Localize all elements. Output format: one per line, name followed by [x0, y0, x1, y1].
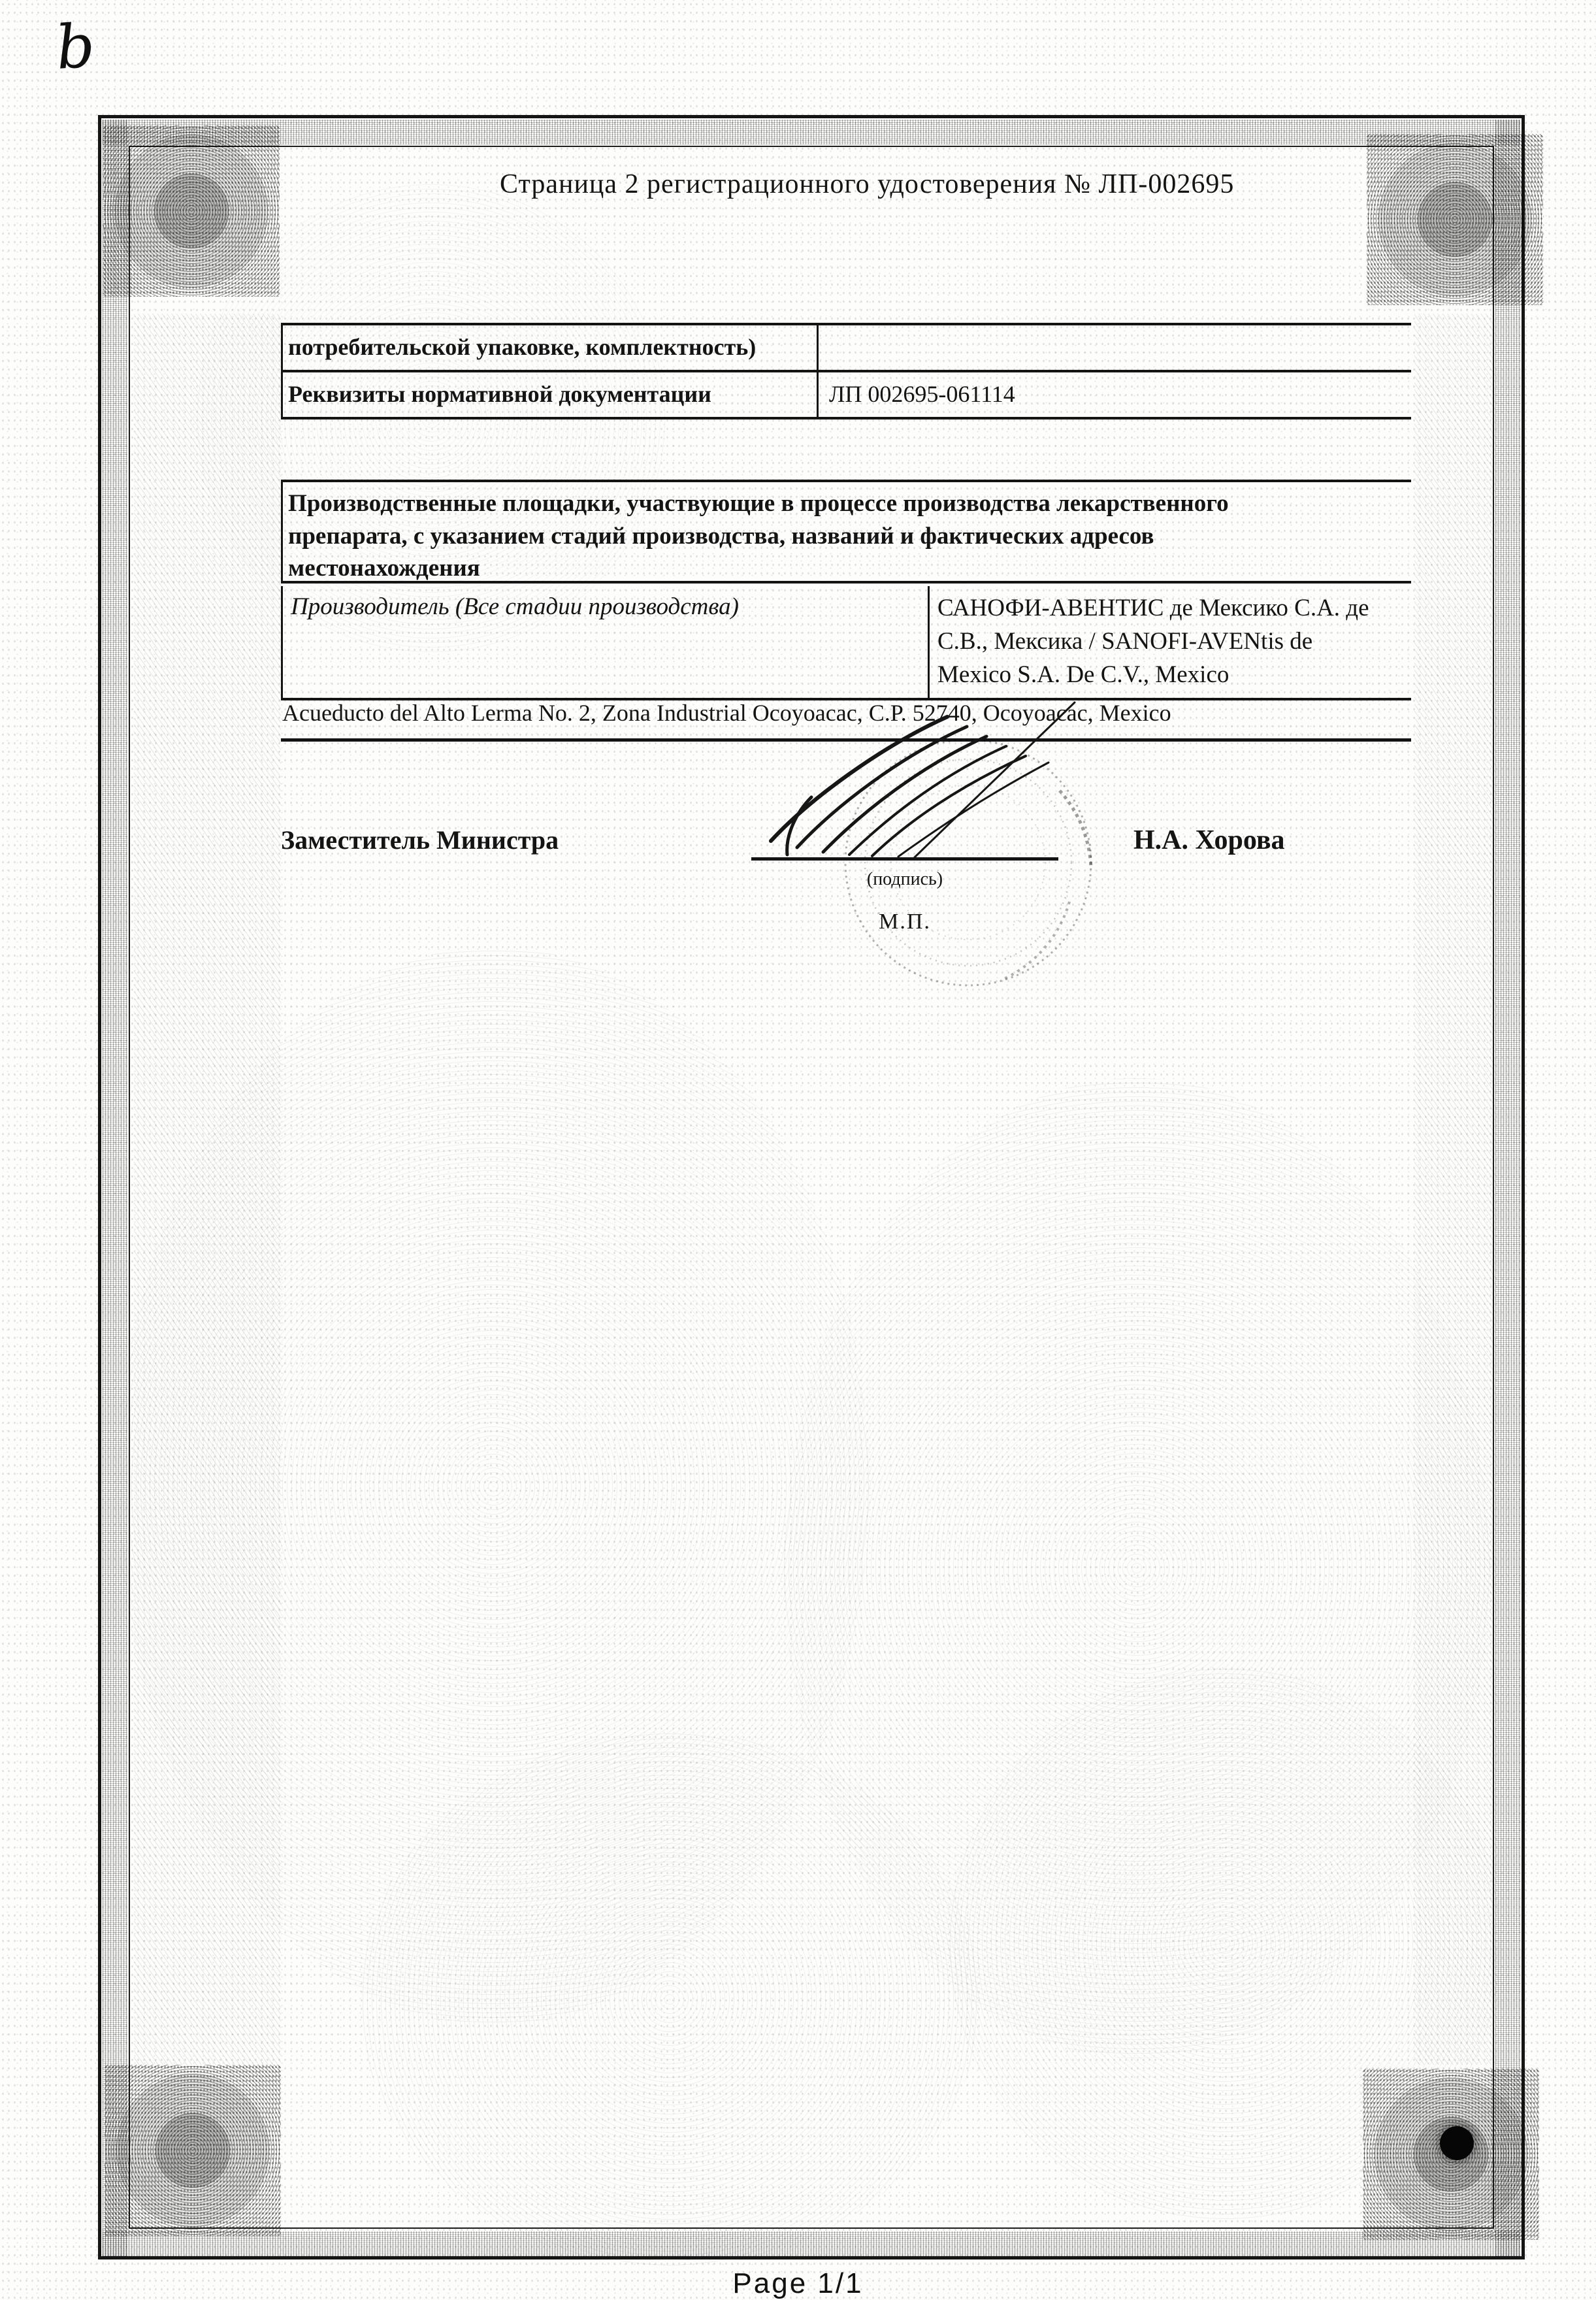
table-row: потребительской упаковке, комплектность): [283, 325, 1411, 372]
row-value: ЛП 002695-061114: [819, 372, 1411, 417]
corner-rosette-top-left: [103, 125, 280, 297]
manufacturer-value: САНОФИ-АВЕНТИС де Мексико С.А. де С.В., …: [928, 586, 1411, 698]
border-band-left: [103, 120, 127, 2256]
signature-line: [751, 857, 1058, 861]
ink-blot-dot: [1440, 2126, 1474, 2160]
heading-line: препарата, с указанием стадий производст…: [288, 520, 1407, 553]
corner-rosette-top-right: [1367, 134, 1543, 305]
signature-caption: (подпись): [751, 869, 1058, 890]
page-number-footer: Page 1/1: [0, 2267, 1596, 2300]
border-band-bottom: [103, 2231, 1520, 2256]
page-title: Страница 2 регистрационного удостоверени…: [500, 169, 1316, 200]
heading-line: Производственные площадки, участвующие в…: [288, 487, 1407, 520]
seal-place-abbreviation: М.П.: [751, 910, 1058, 934]
round-stamp: [838, 732, 1099, 993]
corner-rosette-bottom-left: [105, 2065, 281, 2236]
row-label: потребительской упаковке, комплектность): [283, 325, 819, 370]
heading-line: местонахождения: [288, 552, 1407, 585]
table-row: Реквизиты нормативной документации ЛП 00…: [283, 372, 1411, 419]
manufacturer-value-line: САНОФИ-АВЕНТИС де Мексико С.А. де: [937, 591, 1409, 625]
manufacturer-label: Производитель (Все стадии производства): [283, 586, 928, 698]
row-value: [819, 325, 1411, 370]
handwritten-mark: b: [54, 10, 97, 83]
border-band-top: [103, 120, 1520, 144]
guilloche-border-inner-line: [129, 146, 1494, 2229]
signatory-name: Н.А. Хорова: [1133, 825, 1285, 856]
scanned-document-page: { "page": { "handwritten_mark": "b", "he…: [0, 0, 1596, 2300]
manufacturer-value-line: С.В., Мексика / SANOFI-AVENtis de: [937, 625, 1409, 658]
production-sites-heading: Производственные площадки, участвующие в…: [281, 480, 1411, 583]
border-band-right: [1495, 120, 1520, 2256]
signatory-title: Заместитель Министра: [281, 825, 559, 855]
manufacturer-value-line: Mexico S.A. De C.V., Mexico: [937, 658, 1409, 691]
manufacturer-row: Производитель (Все стадии производства) …: [281, 586, 1411, 700]
registration-details-table: потребительской упаковке, комплектность)…: [281, 323, 1411, 419]
row-label: Реквизиты нормативной документации: [283, 372, 819, 417]
